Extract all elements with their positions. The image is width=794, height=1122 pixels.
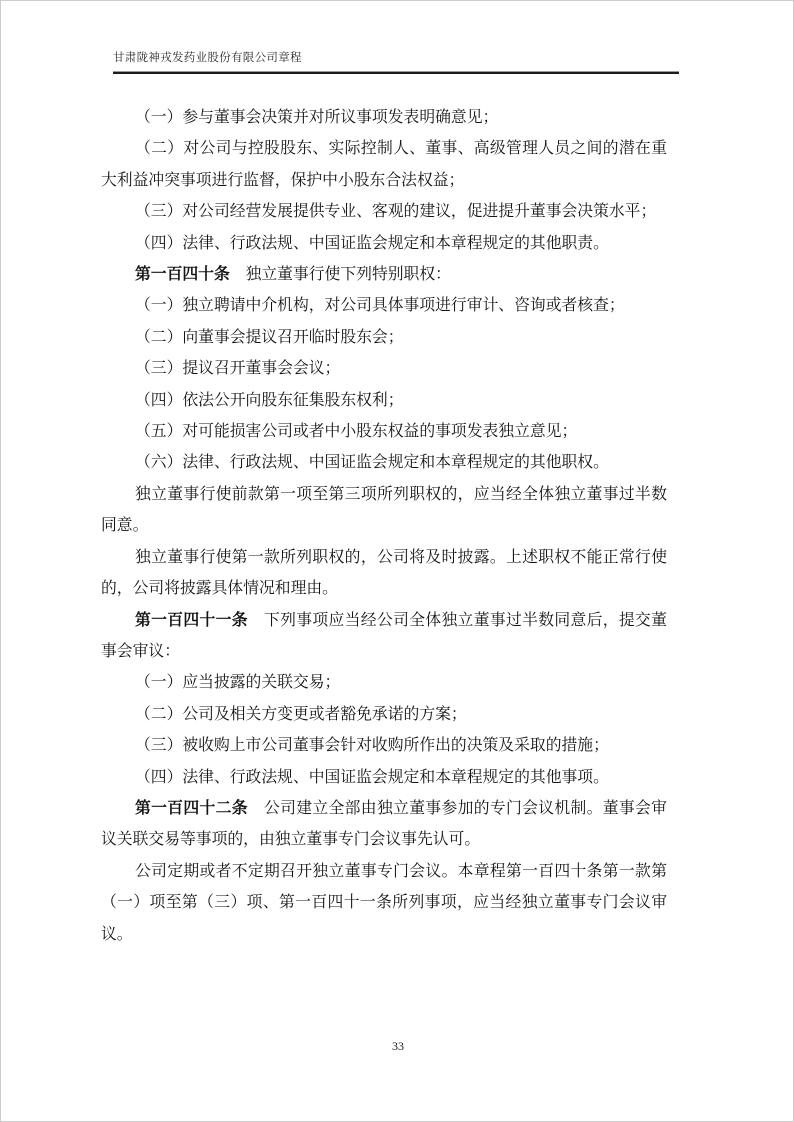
paragraph: （四）法律、行政法规、中国证监会规定和本章程规定的其他职责。 xyxy=(101,228,667,259)
document-body: （一）参与董事会决策并对所议事项发表明确意见；（二）对公司与控股股东、实际控制人… xyxy=(101,102,667,950)
paragraph: 独立董事行使第一款所列职权的，公司将及时披露。上述职权不能正常行使的，公司将披露… xyxy=(101,542,667,605)
paragraph: （二）向董事会提议召开临时股东会； xyxy=(101,322,667,353)
paragraph: （一）应当披露的关联交易； xyxy=(101,667,667,698)
article-paragraph: 第一百四十一条 下列事项应当经公司全体独立董事过半数同意后，提交董事会审议： xyxy=(101,605,667,668)
paragraph: （四）法律、行政法规、中国证监会规定和本章程规定的其他事项。 xyxy=(101,762,667,793)
paragraph: （三）提议召开董事会会议； xyxy=(101,353,667,384)
page-number: 33 xyxy=(392,1039,404,1053)
document-page: 甘肃陇神戎发药业股份有限公司章程 （一）参与董事会决策并对所议事项发表明确意见；… xyxy=(0,0,794,1122)
header-rule xyxy=(113,71,679,74)
paragraph: （二）公司及相关方变更或者豁免承诺的方案； xyxy=(101,699,667,730)
paragraph: （四）依法公开向股东征集股东权利； xyxy=(101,385,667,416)
paragraph: （五）对可能损害公司或者中小股东权益的事项发表独立意见； xyxy=(101,416,667,447)
header-title: 甘肃陇神戎发药业股份有限公司章程 xyxy=(113,51,679,71)
paragraph: 公司定期或者不定期召开独立董事专门会议。本章程第一百四十条第一款第（一）项至第（… xyxy=(101,856,667,950)
paragraph: 独立董事行使前款第一项至第三项所列职权的，应当经全体独立董事过半数同意。 xyxy=(101,479,667,542)
paragraph: （二）对公司与控股股东、实际控制人、董事、高级管理人员之间的潜在重大利益冲突事项… xyxy=(101,133,667,196)
page-footer: 33 xyxy=(1,1037,794,1055)
paragraph: （三）被收购上市公司董事会针对收购所作出的决策及采取的措施； xyxy=(101,730,667,761)
article-number: 第一百四十条 xyxy=(135,266,230,283)
article-number: 第一百四十二条 xyxy=(135,800,248,817)
article-number: 第一百四十一条 xyxy=(135,612,248,629)
paragraph: （一）独立聘请中介机构，对公司具体事项进行审计、咨询或者核查； xyxy=(101,290,667,321)
article-paragraph: 第一百四十二条 公司建立全部由独立董事参加的专门会议机制。董事会审议关联交易等事… xyxy=(101,793,667,856)
paragraph: （六）法律、行政法规、中国证监会规定和本章程规定的其他职权。 xyxy=(101,447,667,478)
page-header: 甘肃陇神戎发药业股份有限公司章程 xyxy=(113,51,679,74)
paragraph: （三）对公司经营发展提供专业、客观的建议，促进提升董事会决策水平； xyxy=(101,196,667,227)
article-paragraph: 第一百四十条 独立董事行使下列特别职权： xyxy=(101,259,667,290)
paragraph: （一）参与董事会决策并对所议事项发表明确意见； xyxy=(101,102,667,133)
